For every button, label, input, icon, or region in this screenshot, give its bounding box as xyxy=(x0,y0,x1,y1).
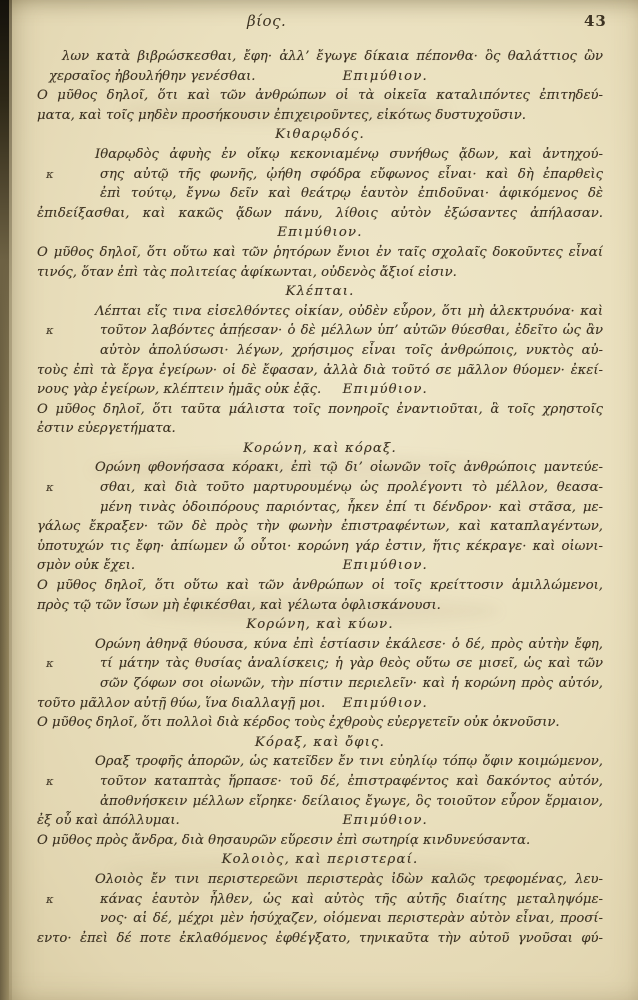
text-line: κκάνας ἑαυτὸν ἦλθεν, ὡς καὶ αὐτὸς τῆς αὐ… xyxy=(37,890,603,910)
line-text: Ο μῦθος δηλοῖ, ὅτι πολλοὶ διὰ κέρδος τοὺ… xyxy=(37,715,560,730)
margin-guide-letter: κ xyxy=(46,772,54,792)
line-text: πρὸς τῷ τῶν ἴσων μὴ ἐφικέσθαι, καὶ γέλωτ… xyxy=(37,598,441,613)
text-line: εντο· ἐπεὶ δέ ποτε ἐκλαθόμενος ἐφθέγξατο… xyxy=(37,929,603,949)
text-line: ἐπιδείξασθαι, καὶ κακῶς ᾄδων πάνυ, λίθοι… xyxy=(37,204,603,224)
text-line: κσης αὐτῷ τῆς φωνῆς, ᾠήθη σφόδρα εὔφωνος… xyxy=(37,165,603,185)
line-text: Ο μῦθος δηλοῖ, ὅτι οὕτω καὶ τῶν ἀνθρώπων… xyxy=(37,578,603,593)
text-line: Οραξ τροφῆς ἀπορῶν, ὡς κατεῖδεν ἔν τινι … xyxy=(37,752,603,772)
margin-guide-letter: κ xyxy=(46,478,54,498)
heading-text: Κολοιὸς, καὶ περιστεραί. xyxy=(222,852,419,867)
text-line: πρὸς τῷ τῶν ἴσων μὴ ἐφικέσθαι, καὶ γέλωτ… xyxy=(37,596,603,616)
text-line: κσθαι, καὶ διὰ τοῦτο μαρτυρουμένῳ ὡς προ… xyxy=(37,478,603,498)
text-line: ὑποτυχών τις ἔφη· ἀπίωμεν ὦ οὗτοι· κορών… xyxy=(37,537,603,557)
line-text: λων κατὰ βιβρώσκεσθαι, ἔφη· ἀλλʼ ἔγωγε δ… xyxy=(62,49,603,64)
text-line: Ορώνη ἀθηνᾷ θύουσα, κύνα ἐπὶ ἑστίασιν ἐκ… xyxy=(37,635,603,655)
text-line: σμὸν οὐκ ἔχει.Επιμύθιον. xyxy=(37,556,603,576)
line-text: ἐστιν εὐεργετήματα. xyxy=(37,421,176,436)
line-text: ἐξ οὗ καὶ ἀπόλλυμαι. xyxy=(37,813,180,828)
line-text: Ο μῦθος πρὸς ἄνδρα, διὰ θησαυρῶν εὕρεσιν… xyxy=(37,833,530,848)
line-text: τί μάτην τὰς θυσίας ἀναλίσκεις; ἡ γὰρ θε… xyxy=(100,656,603,671)
line-text: αὐτὸν ἀπολύσωσι· λέγων, χρήσιμος εἶναι τ… xyxy=(100,343,603,358)
fable-heading: Κορώνη, καὶ κόραξ. xyxy=(37,439,603,459)
text-line: ἀποθνήσκειν μέλλων εἴρηκε· δείλαιος ἔγωγ… xyxy=(37,792,603,812)
fable-heading: Κλέπται. xyxy=(37,282,603,302)
line-text: τοὺς ἐπὶ τὰ ἔργα ἐγείρων· οἱ δὲ ἔφασαν, … xyxy=(37,363,603,378)
text-line: ἐστιν εὐεργετήματα. xyxy=(37,419,603,439)
line-text: ματα, καὶ τοῖς μηδὲν προσήκουσιν ἐπιχειρ… xyxy=(37,108,526,123)
margin-guide-letter: κ xyxy=(46,321,54,341)
text-line: Ο μῦθος δηλοῖ, ὅτι καὶ τῶν ἀνθρώπων οἱ τ… xyxy=(37,86,603,106)
text-line: μένη τινὰς ὁδοιπόρους παριόντας, ἧκεν ἐπ… xyxy=(37,498,603,518)
text-line: ἐξ οὗ καὶ ἀπόλλυμαι.Επιμύθιον. xyxy=(37,811,603,831)
line-text: ἐπιδείξασθαι, καὶ κακῶς ᾄδων πάνυ, λίθοι… xyxy=(37,206,603,221)
text-line: Ο μῦθος πρὸς ἄνδρα, διὰ θησαυρῶν εὕρεσιν… xyxy=(37,831,603,851)
line-text: γάλως ἔκραξεν· τῶν δὲ πρὸς τὴν φωνὴν ἐπι… xyxy=(37,519,603,534)
line-text: Ο μῦθος δηλοῖ, ὅτι καὶ τῶν ἀνθρώπων οἱ τ… xyxy=(37,88,603,103)
line-text: Λέπται εἴς τινα εἰσελθόντες οἰκίαν, οὐδὲ… xyxy=(95,304,603,319)
epimythion-label: Επιμύθιον. xyxy=(343,694,428,714)
text-line: Ο μῦθος δηλοῖ, ὅτι πολλοὶ διὰ κέρδος τοὺ… xyxy=(37,713,603,733)
heading-text: Κιθαρῳδός. xyxy=(275,127,365,142)
heading-text: Κλέπται. xyxy=(285,284,354,299)
fable-heading: Κιθαρῳδός. xyxy=(37,125,603,145)
margin-guide-letter: κ xyxy=(46,165,54,185)
line-text: χερσαῖος ἠβουλήθην γενέσθαι. xyxy=(49,69,255,84)
text-line: τοὺς ἐπὶ τὰ ἔργα ἐγείρων· οἱ δὲ ἔφασαν, … xyxy=(37,361,603,381)
text-line: τινός, ὅταν ἐπὶ τὰς πολιτείας ἀφίκωνται,… xyxy=(37,263,603,283)
line-text: Ορώνη φθονήσασα κόρακι, ἐπὶ τῷ διʼ οἰωνῶ… xyxy=(95,460,603,475)
text-line: νος· αἱ δέ, μέχρι μὲν ἡσύχαζεν, οἰόμεναι… xyxy=(37,909,603,929)
text-block: λων κατὰ βιβρώσκεσθαι, ἔφη· ἀλλʼ ἔγωγε δ… xyxy=(37,47,603,948)
line-text: Ιθαρῳδὸς ἀφυὴς ἐν οἴκῳ κεκονιαμένῳ συνήθ… xyxy=(95,147,603,162)
heading-text: Επιμύθιον. xyxy=(277,225,362,240)
text-line: γάλως ἔκραξεν· τῶν δὲ πρὸς τὴν φωνὴν ἐπι… xyxy=(37,517,603,537)
line-text: σμὸν οὐκ ἔχει. xyxy=(37,558,135,573)
text-line: κτοῦτον καταπτὰς ἥρπασε· τοῦ δέ, ἐπιστρα… xyxy=(37,772,603,792)
text-line: Λέπται εἴς τινα εἰσελθόντες οἰκίαν, οὐδὲ… xyxy=(37,302,603,322)
line-text: νος· αἱ δέ, μέχρι μὲν ἡσύχαζεν, οἰόμεναι… xyxy=(100,911,603,926)
text-line: χερσαῖος ἠβουλήθην γενέσθαι.Επιμύθιον. xyxy=(37,67,603,87)
heading-text: Κορώνη, καὶ κύων. xyxy=(246,617,394,632)
line-text: σθαι, καὶ διὰ τοῦτο μαρτυρουμένῳ ὡς προλ… xyxy=(100,480,603,495)
epimythion-heading: Επιμύθιον. xyxy=(37,223,603,243)
epimythion-label: Επιμύθιον. xyxy=(343,380,428,400)
fable-heading: Κολοιὸς, καὶ περιστεραί. xyxy=(37,850,603,870)
binding-edge xyxy=(0,0,9,1000)
page-number: 43 xyxy=(584,12,607,30)
margin-guide-letter: κ xyxy=(46,890,54,910)
text-line: ματα, καὶ τοῖς μηδὲν προσήκουσιν ἐπιχειρ… xyxy=(37,106,603,126)
text-line: Ο μῦθος δηλοῖ, ὅτι οὕτω καὶ τῶν ῥητόρων … xyxy=(37,243,603,263)
line-text: Οραξ τροφῆς ἀπορῶν, ὡς κατεῖδεν ἔν τινι … xyxy=(95,754,603,769)
text-line: Ο μῦθος δηλοῖ, ὅτι οὕτω καὶ τῶν ἀνθρώπων… xyxy=(37,576,603,596)
book-page-scan: βίος. 43 λων κατὰ βιβρώσκεσθαι, ἔφη· ἀλλ… xyxy=(0,0,638,1000)
line-text: Ο μῦθος δηλοῖ, ὅτι οὕτω καὶ τῶν ῥητόρων … xyxy=(37,245,603,260)
heading-text: Κόραξ, καὶ ὄφις. xyxy=(255,735,385,750)
text-line: ἐπὶ τούτῳ, ἔγνω δεῖν καὶ θεάτρῳ ἑαυτὸν ἐ… xyxy=(37,184,603,204)
text-line: λων κατὰ βιβρώσκεσθαι, ἔφη· ἀλλʼ ἔγωγε δ… xyxy=(37,47,603,67)
line-text: τοῦτον καταπτὰς ἥρπασε· τοῦ δέ, ἐπιστραφ… xyxy=(100,774,603,789)
epimythion-label: Επιμύθιον. xyxy=(343,556,428,576)
line-text: σης αὐτῷ τῆς φωνῆς, ᾠήθη σφόδρα εὔφωνος … xyxy=(100,167,603,182)
line-text: σῶν ζόφων σοι οἰωνῶν, τὴν πίστιν περιελε… xyxy=(100,676,603,694)
margin-guide-letter: κ xyxy=(46,654,54,674)
line-text: Ορώνη ἀθηνᾷ θύουσα, κύνα ἐπὶ ἑστίασιν ἐκ… xyxy=(95,637,603,652)
heading-text: Κορώνη, καὶ κόραξ. xyxy=(243,441,397,456)
text-line: κτοῦτον λαβόντες ἀπῄεσαν· ὁ δὲ μέλλων ὑπ… xyxy=(37,321,603,341)
epimythion-label: Επιμύθιον. xyxy=(343,67,428,87)
epimythion-label: Επιμύθιον. xyxy=(343,811,428,831)
text-line: Ολοιὸς ἔν τινι περιστερεῶνι περιστερὰς ἰ… xyxy=(37,870,603,890)
text-line: Ο μῦθος δηλοῖ, ὅτι ταῦτα μάλιστα τοῖς πο… xyxy=(37,400,603,420)
line-text: Ο μῦθος δηλοῖ, ὅτι ταῦτα μάλιστα τοῖς πο… xyxy=(37,402,603,417)
text-line: Ορώνη φθονήσασα κόρακι, ἐπὶ τῷ διʼ οἰωνῶ… xyxy=(37,458,603,478)
running-title: βίος. xyxy=(247,12,286,30)
line-text: τοῦτον λαβόντες ἀπῄεσαν· ὁ δὲ μέλλων ὑπʼ… xyxy=(100,323,603,338)
line-text: τινός, ὅταν ἐπὶ τὰς πολιτείας ἀφίκωνται,… xyxy=(37,265,457,280)
fable-heading: Κορώνη, καὶ κύων. xyxy=(37,615,603,635)
line-text: Ολοιὸς ἔν τινι περιστερεῶνι περιστερὰς ἰ… xyxy=(95,872,603,887)
fable-heading: Κόραξ, καὶ ὄφις. xyxy=(37,733,603,753)
line-text: ἀποθνήσκειν μέλλων εἴρηκε· δείλαιος ἔγωγ… xyxy=(100,794,603,809)
line-text: τοῦτο μᾶλλον αὐτῇ θύω, ἵνα διαλλαγῇ μοι. xyxy=(37,696,325,711)
line-text: μένη τινὰς ὁδοιπόρους παριόντας, ἧκεν ἐπ… xyxy=(100,500,603,515)
text-line: νους γὰρ ἐγείρων, κλέπτειν ἡμᾶς οὐκ ἐᾷς.… xyxy=(37,380,603,400)
line-text: εντο· ἐπεὶ δέ ποτε ἐκλαθόμενος ἐφθέγξατο… xyxy=(37,931,603,946)
text-line: σῶν ζόφων σοι οἰωνῶν, τὴν πίστιν περιελε… xyxy=(37,674,603,694)
text-line: Ιθαρῳδὸς ἀφυὴς ἐν οἴκῳ κεκονιαμένῳ συνήθ… xyxy=(37,145,603,165)
text-line: κτί μάτην τὰς θυσίας ἀναλίσκεις; ἡ γὰρ θ… xyxy=(37,654,603,674)
line-text: κάνας ἑαυτὸν ἦλθεν, ὡς καὶ αὐτὸς τῆς αὐτ… xyxy=(100,892,603,907)
line-text: ὑποτυχών τις ἔφη· ἀπίωμεν ὦ οὗτοι· κορών… xyxy=(37,539,603,554)
line-text: ἐπὶ τούτῳ, ἔγνω δεῖν καὶ θεάτρῳ ἑαυτὸν ἐ… xyxy=(100,186,603,201)
text-line: τοῦτο μᾶλλον αὐτῇ θύω, ἵνα διαλλαγῇ μοι.… xyxy=(37,694,603,714)
text-line: αὐτὸν ἀπολύσωσι· λέγων, χρήσιμος εἶναι τ… xyxy=(37,341,603,361)
line-text: νους γὰρ ἐγείρων, κλέπτειν ἡμᾶς οὐκ ἐᾷς. xyxy=(37,382,321,397)
